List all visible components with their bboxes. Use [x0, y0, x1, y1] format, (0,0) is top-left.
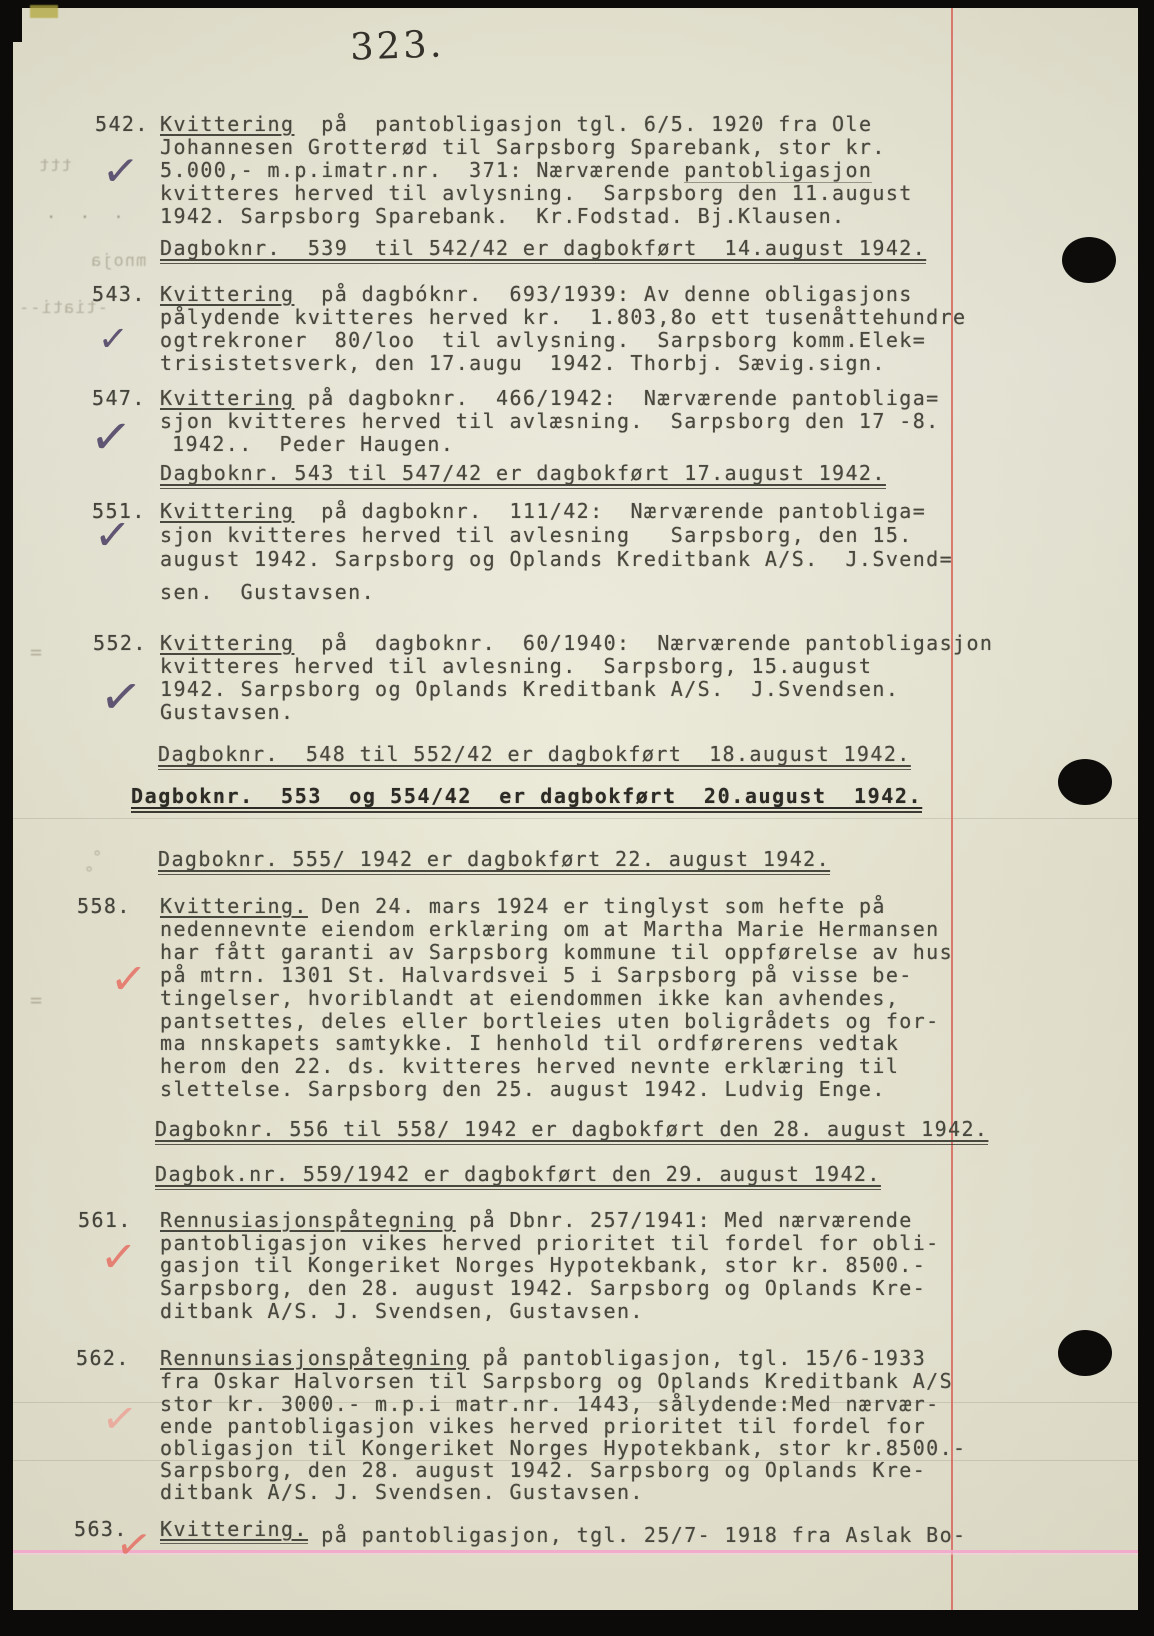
entry-561-title: Rennusiasjonspåtegning [160, 1208, 456, 1232]
margin-mark: = [30, 988, 43, 1012]
entry-562-line: Rennunsiasjonspåtegning på pantobligasjo… [160, 1347, 926, 1370]
entry-542-line: 1942. Sarpsborg Sparebank. Kr.Fodstad. B… [160, 205, 846, 228]
entry-543-line: pålydende kvitteres herved kr. 1.803,8o … [160, 306, 966, 329]
entry-542-line: Johannesen Grotterød til Sarpsborg Spare… [160, 136, 886, 159]
entry-547-line: 1942.. Peder Haugen. [172, 433, 454, 456]
punch-hole [1062, 237, 1116, 283]
entry-561-line: pantobligasjon vikes herved prioritet ti… [160, 1232, 940, 1255]
scan-artifact-sliver [30, 5, 58, 18]
entry-558-line: slettelse. Sarpsborg den 25. august 1942… [160, 1078, 886, 1101]
entry-543-title: Kvittering [160, 282, 294, 306]
stray-dots: . . . [46, 203, 125, 223]
entry-543-line: trisistetsverk, den 17.augu 1942. Thorbj… [160, 352, 886, 375]
entry-562-line: ditbank A/S. J. Svendsen. Gustavsen. [160, 1481, 644, 1504]
scan-edge-corner [0, 0, 22, 42]
entry-558-line: ma nnskapets samtykke. I henhold til ord… [160, 1032, 899, 1055]
daybook-line-559: Dagbok.nr. 559/1942 er dagbokført den 29… [155, 1163, 881, 1186]
entry-551-line: sen. Gustavsen. [160, 581, 375, 604]
punch-hole [1058, 759, 1112, 805]
entry-552-number: 552. [93, 632, 147, 655]
checkmark-558: ✓ [109, 957, 149, 1003]
checkmark-552: ✓ [97, 669, 145, 724]
page-number: 323. [349, 22, 445, 68]
entry-551-line: sjon kvitteres herved til avlesning Sarp… [160, 524, 913, 547]
scan-edge-top [0, 0, 1154, 8]
entry-562-line: obligasjon til Kongeriket Norges Hypotek… [160, 1437, 966, 1460]
entry-542-line: Kvittering på pantobligasjon tgl. 6/5. 1… [160, 113, 872, 136]
margin-dot: ° [84, 864, 95, 884]
entry-552-line: Gustavsen. [160, 701, 294, 724]
entry-543-text: på dagbóknr. 693/1939: Av denne obligasj… [294, 282, 912, 306]
daybook-line-553-554: Dagboknr. 553 og 554/42 er dagbokført 20… [131, 785, 922, 808]
entry-558-number: 558. [77, 895, 131, 918]
entry-562-text: på pantobligasjon, tgl. 15/6-1933 [469, 1346, 926, 1370]
entry-552-line: Kvittering på dagboknr. 60/1940: Nærvære… [160, 632, 993, 655]
entry-543-number: 543. [92, 283, 146, 306]
entry-543-line: ogtrekroner 80/loo til avlysning. Sarpsb… [160, 329, 926, 352]
entry-551-text: på dagboknr. 111/42: Nærværende pantobli… [294, 499, 926, 523]
entry-551-line: august 1942. Sarpsborg og Oplands Kredit… [160, 548, 953, 571]
bleed-through-text: ttt [38, 156, 72, 176]
scan-edge-right [1138, 0, 1154, 1636]
entry-552-line: 1942. Sarpsborg og Oplands Kreditbank A/… [160, 678, 899, 701]
checkmark-562: ✓ [99, 1396, 140, 1442]
entry-547-title: Kvittering [160, 386, 294, 410]
daybook-line-556-558: Dagboknr. 556 til 558/ 1942 er dagbokfør… [155, 1118, 988, 1141]
entry-562-title: Rennunsiasjonspåtegning [160, 1346, 469, 1370]
daybook-line-539-542: Dagboknr. 539 til 542/42 er dagbokført 1… [160, 237, 926, 260]
entry-558-line: har fått garanti av Sarpsborg kommune ti… [160, 941, 953, 964]
scanned-register-page: 323. ttt . . . mnoja -tiati-- = = ° ° 54… [0, 0, 1154, 1636]
entry-543-line: Kvittering på dagbóknr. 693/1939: Av den… [160, 283, 913, 306]
faint-rule [13, 818, 1138, 819]
entry-552-title: Kvittering [160, 631, 294, 655]
scan-edge-bottom [0, 1610, 1154, 1636]
checkmark-563: ✓ [113, 1521, 155, 1568]
checkmark-561: ✓ [99, 1235, 139, 1281]
entry-558-line: tingelser, hvoriblandt at eiendommen ikk… [160, 987, 899, 1010]
entry-547-line: sjon kvitteres herved til avlæsning. Sar… [160, 410, 940, 433]
entry-558-line: på mtrn. 1301 St. Halvardsvei 5 i Sarpsb… [160, 964, 913, 987]
entry-561-line: Rennusiasjonspåtegning på Dbnr. 257/1941… [160, 1209, 913, 1232]
entry-561-line: gasjon til Kongeriket Norges Hypotekbank… [160, 1254, 926, 1277]
checkmark-543: ✓ [97, 321, 130, 359]
entry-561-line: ditbank A/S. J. Svendsen, Gustavsen. [160, 1300, 644, 1323]
entry-552-line: kvitteres herved til avlesning. Sarpsbor… [160, 655, 872, 678]
entry-542-line: 5.000,- m.p.imatr.nr. 371: Nærværende pa… [160, 159, 872, 182]
entry-542-line: kvitteres herved til avlysning. Sarpsbor… [160, 182, 913, 205]
entry-558-text: Den 24. mars 1924 er tinglyst som hefte … [308, 894, 886, 918]
entry-542-text: på pantobligasjon tgl. 6/5. 1920 fra Ole [294, 112, 872, 136]
entry-562-line: fra Oskar Halvorsen til Sarpsborg og Opl… [160, 1370, 953, 1393]
bleed-through-text: mnoja [90, 251, 146, 271]
entry-558-line: nedennevnte eiendom erklæring om at Mart… [160, 918, 940, 941]
pink-rule [0, 1550, 1154, 1553]
entry-561-text: på Dbnr. 257/1941: Med nærværende [456, 1208, 913, 1232]
entry-563-text: på pantobligasjon, tgl. 25/7- 1918 fra A… [308, 1524, 967, 1547]
daybook-line-543-547: Dagboknr. 543 til 547/42 er dagbokført 1… [160, 462, 886, 485]
margin-mark: = [30, 640, 43, 664]
checkmark-547: ✓ [88, 410, 135, 464]
entry-558-title: Kvittering. [160, 894, 308, 918]
daybook-line-548-552: Dagboknr. 548 til 552/42 er dagbokført 1… [158, 743, 911, 766]
entry-563-line: Kvittering. på pantobligasjon, tgl. 25/7… [160, 1518, 966, 1541]
entry-542-number: 542. [95, 113, 149, 136]
scan-edge-left [0, 0, 13, 1636]
entry-542-text: 5.000,- m.p.imatr.nr. 371: Nærværende [160, 158, 684, 182]
checkmark-551: ✓ [93, 513, 133, 559]
entry-552-text: på dagboknr. 60/1940: Nærværende pantobl… [294, 631, 993, 655]
entry-563-title: Kvittering. [160, 1517, 308, 1544]
entry-562-number: 562. [76, 1347, 130, 1370]
punch-hole [1058, 1330, 1112, 1376]
daybook-line-555: Dagboknr. 555/ 1942 er dagbokført 22. au… [158, 848, 830, 871]
entry-547-text: på dagboknr. 466/1942: Nærværende pantob… [294, 386, 939, 410]
entry-547-line: Kvittering på dagboknr. 466/1942: Nærvær… [160, 387, 940, 410]
entry-542-title: Kvittering [160, 112, 294, 136]
entry-562-line: ende pantobligasjon vikes herved priorit… [160, 1415, 926, 1438]
entry-558-line: pantsettes, deles eller bortleies uten b… [160, 1010, 940, 1033]
entry-551-line: Kvittering på dagboknr. 111/42: Nærværen… [160, 500, 926, 523]
entry-562-line: Sarpsborg, den 28. august 1942. Sarpsbor… [160, 1459, 926, 1482]
entry-561-line: Sarpsborg, den 28. august 1942. Sarpsbor… [160, 1277, 926, 1300]
checkmark-542: ✓ [100, 148, 141, 196]
entry-558-line: herom den 22. ds. kvitteres herved nevnt… [160, 1055, 899, 1078]
entry-551-title: Kvittering [160, 499, 294, 523]
entry-558-line: Kvittering. Den 24. mars 1924 er tinglys… [160, 895, 886, 918]
entry-542-text-underlined: pantobligasjon [684, 158, 872, 183]
entry-561-number: 561. [78, 1209, 132, 1232]
entry-562-line: stor kr. 3000.- m.p.i matr.nr. 1443, sål… [160, 1393, 940, 1416]
